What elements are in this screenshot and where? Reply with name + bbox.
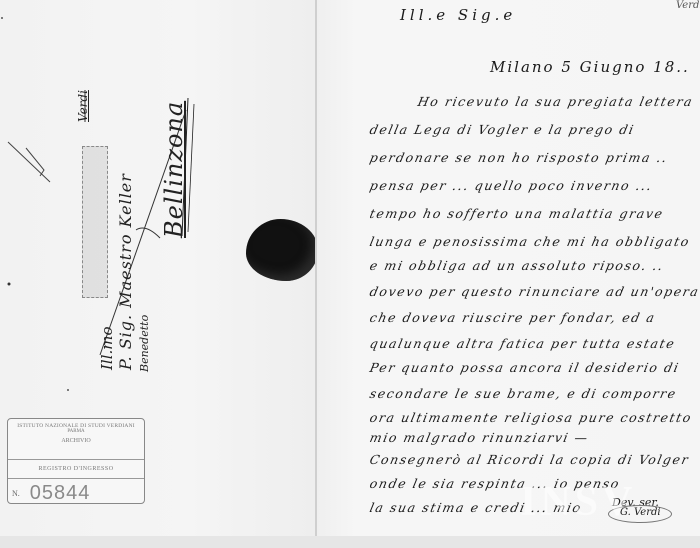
salutation-top: Ill.e Sig.e [400, 6, 516, 24]
scan-bottom-edge [0, 536, 700, 548]
archive-section: ARCHIVIO [8, 438, 144, 444]
left-page: Verdi Ill.mo P. Sig. Maestro Keller Bene… [0, 0, 316, 536]
address-line-4: Bellinzona [160, 101, 188, 238]
dateline: Milano 5 Giugno 18.. [490, 58, 690, 76]
archive-number-value: 05844 [30, 482, 91, 505]
archive-stamp-header: ISTITUTO NAZIONALE DI STUDI VERDIANI PAR… [8, 423, 144, 460]
letter-line: che doveva riuscire per fondar, ed a [368, 310, 657, 325]
wax-seal [246, 219, 318, 281]
archive-city: PARMA [8, 429, 144, 434]
letter-line: Per quanto possa ancora il desiderio di [368, 360, 681, 375]
corner-annotation: Verdi [676, 0, 700, 11]
archive-number-label: N. [12, 489, 20, 498]
archive-subsection: REGISTRO D'INGRESSO [8, 460, 144, 479]
annotation-verdi-left: Verdi [76, 90, 90, 122]
letter-line: dovevo per questo rinunciare ad un'opera [368, 284, 700, 299]
letter-line: pensa per ... quello poco inverno ... [368, 178, 654, 193]
address-line-2: P. Sig. Maestro Keller [116, 173, 135, 370]
letter-line: perdonare se non ho risposto prima .. [368, 150, 669, 165]
letter-line: Ho ricevuto la sua pregiata lettera [416, 94, 694, 109]
letter-line: secondare le sue brame, e di comporre [368, 386, 678, 401]
letter-line: e mi obbliga ad un assoluto riposo. .. [368, 258, 665, 273]
archive-number-row: N. 05844 [8, 479, 144, 507]
letter-line: della Lega di Vogler e la prego di [368, 122, 636, 137]
letter-line: Consegnerò al Ricordi la copia di Volger [368, 452, 691, 467]
letter-line: ora ultimamente religiosa pure costretto [368, 410, 693, 425]
letter-line: tempo ho sofferto una malattia grave [368, 206, 665, 221]
letter-line: qualunque altra fatica per tutta estate [368, 336, 677, 351]
letter-line: mio malgrado rinunziarvi — [368, 430, 590, 445]
letter-scan: Verdi Ill.mo P. Sig. Maestro Keller Bene… [0, 0, 700, 536]
watermark: INSV [520, 478, 636, 526]
postal-cancellation-stamp [82, 146, 108, 298]
address-line-1: Ill.mo [98, 326, 116, 370]
letter-line: lunga e penosissima che mi ha obbligato [368, 234, 691, 249]
address-line-3: Benedetto [138, 315, 151, 372]
archive-stamp: ISTITUTO NAZIONALE DI STUDI VERDIANI PAR… [7, 418, 145, 504]
